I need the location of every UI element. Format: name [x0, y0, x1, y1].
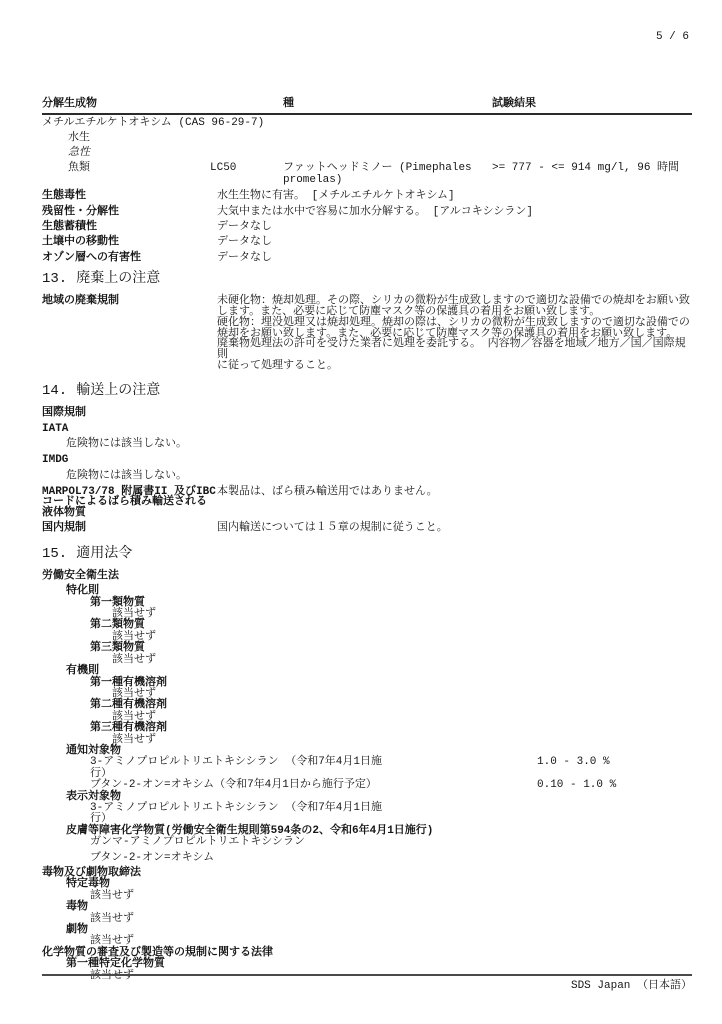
law-item: 劇物 [42, 925, 692, 936]
law-item-text: 第三類物質 [90, 643, 145, 654]
row-label: 残留性・分解性 [42, 207, 217, 219]
law-item-text: 3‐アミノプロピルトリエトキシシラン （令和7年4月1日施 行） [90, 757, 537, 780]
group-aquatic: 水生 [42, 133, 692, 145]
column-header-product: 分解生成物 [42, 98, 283, 110]
law-item: 有機則 [42, 666, 692, 677]
law-item: 該当せず [42, 891, 692, 902]
law-item-text: 労働安全衛生法 [42, 571, 119, 582]
law-item: ブタン-2-オン=オキシム [42, 853, 692, 864]
row-label: 土壌中の移動性 [42, 237, 217, 249]
marpol-label: MARPOL73/78 附属書II 及びIBC コードによるばら積み輸送される … [42, 487, 217, 519]
fish-endpoint: LC50 [210, 163, 283, 186]
section-13-header: 13.廃棄上の注意 [42, 271, 692, 287]
law-item: 労働安全衛生法 [42, 571, 692, 582]
law-item: 毒物及び劇物取締法 [42, 868, 692, 879]
law-item-text: 該当せず [90, 914, 134, 925]
page-content: 分解生成物 種 試験結果 メチルエチルケトオキシム (CAS 96-29-7) … [42, 98, 692, 982]
law-item: 第三種有機溶剤 [42, 723, 692, 734]
law-item-text: 該当せず [112, 655, 156, 666]
ecology-section: 生態毒性 水生生物に有害。 [メチルエチルケトオキシム] 残留性・分解性 大気中… [42, 191, 692, 264]
law-item-text: 第三種有機溶剤 [90, 723, 167, 734]
table-row: 魚類 LC50 ファットヘッドミノー (Pimephales promelas)… [42, 163, 692, 186]
law-item-text: 3‐アミノプロピルトリエトキシシラン （令和7年4月1日施 行） [90, 803, 382, 826]
domestic-regulation-value: 国内輸送については１５章の規制に従うこと。 [217, 523, 692, 535]
table-row: オゾン層への有害性 データなし [42, 253, 692, 265]
law-item: 第一種特定化学物質 [42, 959, 692, 970]
row-label: 生態蓄積性 [42, 222, 217, 234]
sds-document-page: 5 / 6 分解生成物 種 試験結果 メチルエチルケトオキシム (CAS 96-… [0, 0, 722, 1024]
law-item: 3‐アミノプロピルトリエトキシシラン （令和7年4月1日施 行）1.0 - 3.… [42, 757, 692, 780]
domestic-regulation-label: 国内規制 [42, 523, 217, 535]
law-item: 特化則 [42, 586, 692, 597]
decomposition-table-header: 分解生成物 種 試験結果 [42, 98, 692, 115]
page-number: 5 / 6 [656, 31, 689, 43]
law-item: 第二種有機溶剤 [42, 700, 692, 711]
imdg-label: IMDG [42, 455, 692, 467]
section-13-title: 廃棄上の注意 [76, 271, 160, 287]
table-row: 土壌中の移動性 データなし [42, 237, 692, 249]
iata-value: 危険物には該当しない。 [42, 439, 692, 451]
law-item-text: ブタン-2-オン=オキシム（令和7年4月1日から施行予定） [90, 780, 537, 791]
fish-result: >= 777 - <= 914 mg/l, 96 時間 [492, 163, 692, 186]
table-row: 生態蓄積性 データなし [42, 222, 692, 234]
law-item: 該当せず [42, 914, 692, 925]
section-13-number: 13. [42, 271, 67, 287]
section-14-number: 14. [42, 383, 67, 399]
iata-label: IATA [42, 424, 692, 436]
row-value: 大気中または水中で容易に加水分解する。 [アルコキシシラン] [217, 207, 692, 219]
domestic-regulation-row: 国内規制 国内輸送については１５章の規制に従うこと。 [42, 523, 692, 535]
law-item: 該当せず [42, 735, 692, 746]
document-footer: SDS Japan （日本語） [42, 974, 692, 992]
fish-label: 魚類 [68, 163, 210, 186]
disposal-label: 地域の廃棄規制 [42, 296, 217, 372]
law-item-text: 第二種有機溶剤 [90, 700, 167, 711]
section-15-header: 15.適用法令 [42, 546, 692, 562]
table-row: 生態毒性 水生生物に有害。 [メチルエチルケトオキシム] [42, 191, 692, 203]
international-regulations-label: 国際規制 [42, 408, 692, 420]
disposal-row: 地域の廃棄規制 未硬化物：焼却処理。その際、シリカの微粉が生成致しますので適切な… [42, 296, 692, 372]
row-value: データなし [217, 222, 692, 234]
law-item: ガンマ‐アミノプロピルトリエトキシシラン [42, 837, 692, 848]
law-item: 該当せず [42, 655, 692, 666]
section-15-title: 適用法令 [76, 546, 132, 562]
row-value: データなし [217, 237, 692, 249]
law-item-text: ガンマ‐アミノプロピルトリエトキシシラン [90, 837, 305, 848]
section-14-title: 輸送上の注意 [76, 383, 160, 399]
law-item-text: 有機則 [66, 666, 99, 677]
law-item-text: 毒物 [66, 902, 88, 913]
law-item: 毒物 [42, 902, 692, 913]
substance-name: メチルエチルケトオキシム (CAS 96-29-7) [42, 118, 692, 130]
fish-species: ファットヘッドミノー (Pimephales promelas) [283, 163, 492, 186]
law-list: 労働安全衛生法特化則第一類物質該当せず第二類物質該当せず第三類物質該当せず有機則… [42, 571, 692, 982]
law-item-text: 特化則 [66, 586, 99, 597]
column-header-result: 試験結果 [492, 98, 692, 110]
law-item-text: 該当せず [90, 891, 134, 902]
law-item: 3‐アミノプロピルトリエトキシシラン （令和7年4月1日施 行） [42, 803, 692, 826]
row-value: 水生生物に有害。 [メチルエチルケトオキシム] [217, 191, 692, 203]
row-label: 生態毒性 [42, 191, 217, 203]
section-14-header: 14.輸送上の注意 [42, 383, 692, 399]
law-item-percentage: 1.0 - 3.0 % [537, 757, 610, 768]
marpol-row: MARPOL73/78 附属書II 及びIBC コードによるばら積み輸送される … [42, 487, 692, 519]
section-15-number: 15. [42, 546, 67, 562]
law-item: ブタン-2-オン=オキシム（令和7年4月1日から施行予定）0.10 - 1.0 … [42, 780, 692, 791]
imdg-value: 危険物には該当しない。 [42, 471, 692, 483]
law-item-text: ブタン-2-オン=オキシム [90, 853, 214, 864]
disposal-instructions: 未硬化物：焼却処理。その際、シリカの微粉が生成致しますので適切な設備での焼却をお… [217, 296, 692, 372]
law-item-text: 第一種特定化学物質 [66, 959, 165, 970]
law-item: 第三類物質 [42, 643, 692, 654]
marpol-value: 本製品は、ばら積み輸送用ではありません。 [217, 487, 692, 519]
column-header-species: 種 [283, 98, 492, 110]
group-acute: 急性 [42, 148, 692, 160]
law-item: 特定毒物 [42, 879, 692, 890]
law-item-text: 劇物 [66, 925, 88, 936]
table-row: 残留性・分解性 大気中または水中で容易に加水分解する。 [アルコキシシラン] [42, 207, 692, 219]
row-label: オゾン層への有害性 [42, 253, 217, 265]
row-value: データなし [217, 253, 692, 265]
law-item-percentage: 0.10 - 1.0 % [537, 780, 616, 791]
